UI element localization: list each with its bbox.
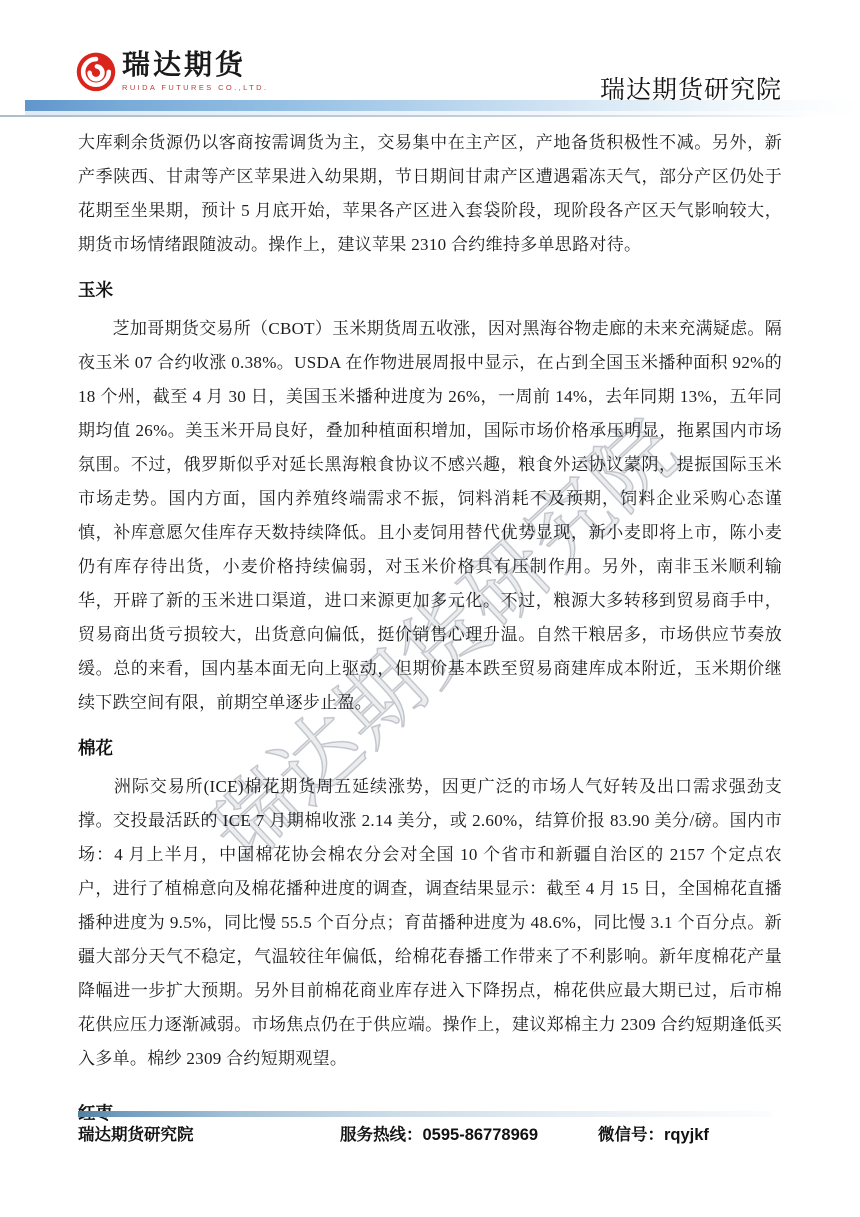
footer-institute: 瑞达期货研究院	[78, 1121, 194, 1145]
brand-name-cn: 瑞达期货	[122, 48, 268, 82]
paragraph-corn-analysis: 芝加哥期货交易所（CBOT）玉米期货周五收涨，因对黑海谷物走廊的未来充满疑虑。隔…	[78, 301, 782, 720]
section-heading-corn: 玉米	[78, 279, 782, 301]
paragraph-cotton-analysis: 洲际交易所(ICE)棉花期货周五延续涨势，因更广泛的市场人气好转及出口需求强劲支…	[78, 759, 782, 1076]
ruida-logo-icon	[74, 48, 118, 94]
company-logo: 瑞达期货 RUIDA FUTURES CO.,LTD.	[74, 48, 268, 94]
page-header: 瑞达期货 RUIDA FUTURES CO.,LTD. 瑞达期货研究院	[0, 0, 860, 118]
paragraph-apple-outlook: 大库剩余货源仍以客商按需调货为主，交易集中在主产区，产地备货积极性不减。另外，新…	[78, 117, 782, 262]
footer-wechat-id: rqyjkf	[664, 1126, 709, 1144]
brand-text-block: 瑞达期货 RUIDA FUTURES CO.,LTD.	[122, 48, 268, 92]
brand-name-en: RUIDA FUTURES CO.,LTD.	[122, 83, 268, 92]
header-divider-bar	[25, 100, 860, 111]
report-page: 瑞达期货 RUIDA FUTURES CO.,LTD. 瑞达期货研究院 瑞达期货…	[0, 0, 860, 1217]
footer-hotline: 服务热线：0595-86778969	[340, 1121, 538, 1145]
footer-wechat: 微信号：rqyjkf	[598, 1121, 709, 1145]
page-footer: 瑞达期货研究院 服务热线：0595-86778969 微信号：rqyjkf	[78, 1121, 782, 1145]
footer-hotline-label: 服务热线：	[340, 1126, 423, 1144]
section-heading-cotton: 棉花	[78, 737, 782, 759]
footer-hotline-number: 0595-86778969	[423, 1126, 539, 1144]
report-body: 大库剩余货源仍以客商按需调货为主，交易集中在主产区，产地备货积极性不减。另外，新…	[78, 117, 782, 1124]
footer-wechat-label: 微信号：	[598, 1126, 664, 1144]
footer-divider-bar	[78, 1111, 772, 1117]
